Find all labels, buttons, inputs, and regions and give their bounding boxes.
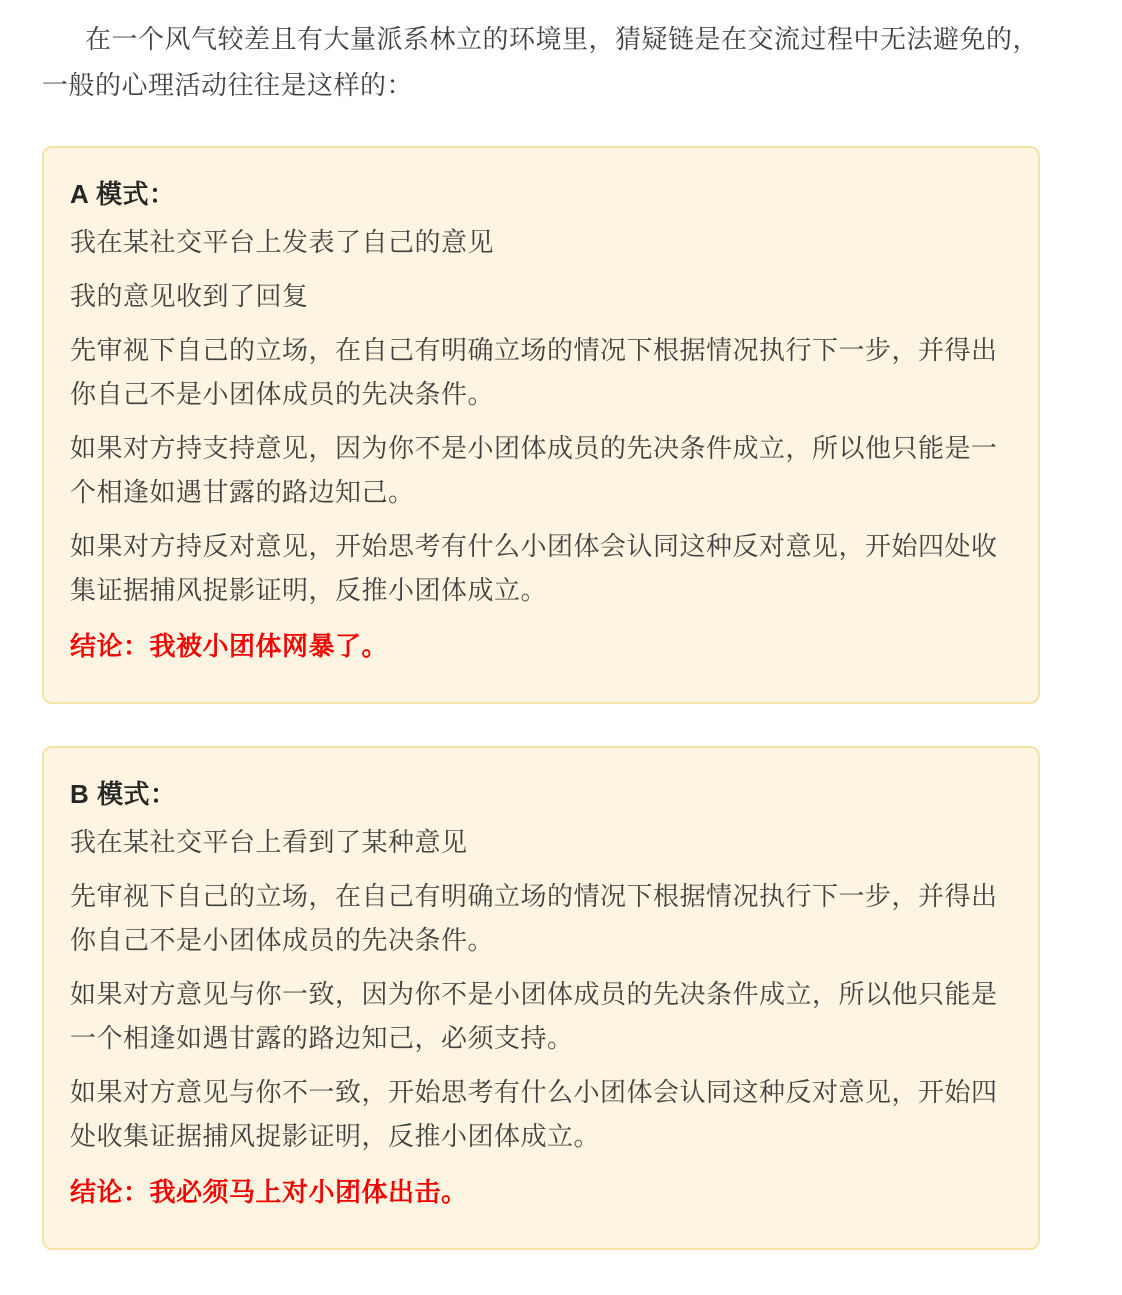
pattern-b-paragraph: 我在某社交平台上看到了某种意见 xyxy=(70,820,1012,864)
intro-paragraph: 在一个风气较差且有大量派系林立的环境里，猜疑链是在交流过程中无法避免的，一般的心… xyxy=(42,16,1042,108)
pattern-b-conclusion: 结论：我必须马上对小团体出击。 xyxy=(70,1170,1012,1214)
pattern-b-paragraph: 如果对方意见与你一致，因为你不是小团体成员的先决条件成立，所以他只能是一个相逢如… xyxy=(70,972,1012,1060)
pattern-b-paragraph: 先审视下自己的立场，在自己有明确立场的情况下根据情况执行下一步，并得出你自己不是… xyxy=(70,874,1012,962)
pattern-b-box: B 模式： 我在某社交平台上看到了某种意见 先审视下自己的立场，在自己有明确立场… xyxy=(42,746,1040,1250)
pattern-a-paragraph: 我的意见收到了回复 xyxy=(70,274,1012,318)
pattern-a-box: A 模式： 我在某社交平台上发表了自己的意见 我的意见收到了回复 先审视下自己的… xyxy=(42,146,1040,704)
pattern-a-paragraph: 如果对方持支持意见，因为你不是小团体成员的先决条件成立，所以他只能是一个相逢如遇… xyxy=(70,426,1012,514)
pattern-a-paragraph: 如果对方持反对意见，开始思考有什么小团体会认同这种反对意见，开始四处收集证据捕风… xyxy=(70,524,1012,612)
pattern-a-conclusion: 结论：我被小团体网暴了。 xyxy=(70,624,1012,668)
pattern-b-title: B 模式： xyxy=(70,772,1012,816)
pattern-a-title: A 模式： xyxy=(70,172,1012,216)
pattern-b-paragraph: 如果对方意见与你不一致，开始思考有什么小团体会认同这种反对意见，开始四处收集证据… xyxy=(70,1070,1012,1158)
pattern-a-paragraph: 我在某社交平台上发表了自己的意见 xyxy=(70,220,1012,264)
article-content: 在一个风气较差且有大量派系林立的环境里，猜疑链是在交流过程中无法避免的，一般的心… xyxy=(42,0,1042,1250)
pattern-a-paragraph: 先审视下自己的立场，在自己有明确立场的情况下根据情况执行下一步，并得出你自己不是… xyxy=(70,328,1012,416)
